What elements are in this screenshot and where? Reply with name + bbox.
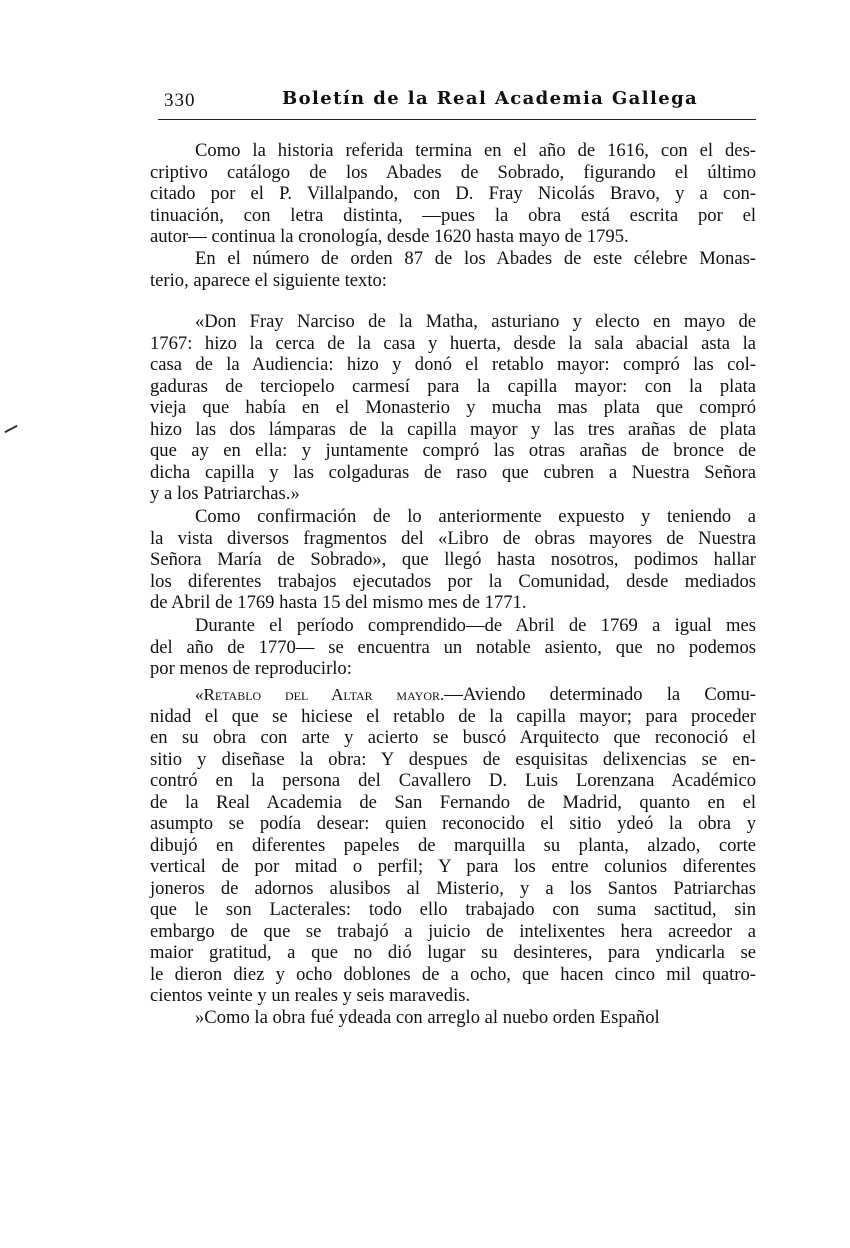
text-line: «Don Fray Narciso de la Matha, asturiano… <box>150 311 756 333</box>
text-line: cientos veinte y un reales y seis marave… <box>150 985 756 1007</box>
text-line: contró en la persona del Cavallero D. Lu… <box>150 770 756 792</box>
text-line: de Abril de 1769 hasta 15 del mismo mes … <box>150 592 756 614</box>
text-line: tinuación, con letra distinta, —pues la … <box>150 205 756 227</box>
text-line: los diferentes trabajos ejecutados por l… <box>150 571 756 593</box>
text-line: de la Real Academia de San Fernando de M… <box>150 792 756 814</box>
text-line: citado por el P. Villalpando, con D. Fra… <box>150 183 756 205</box>
text-line: dicha capilla y las colgaduras de raso q… <box>150 462 756 484</box>
text-line: gaduras de terciopelo carmesí para la ca… <box>150 376 756 398</box>
text-line: en su obra con arte y acierto se buscó A… <box>150 727 756 749</box>
text-line: la vista diversos fragmentos del «Libro … <box>150 528 756 550</box>
text-line: y a los Patriarchas.» <box>150 483 756 505</box>
text-line: terio, aparece el siguiente texto: <box>150 270 756 292</box>
running-title: Boletín de la Real Academia Gallega <box>282 88 698 109</box>
page-header: 330 Boletín de la Real Academia Gallega <box>160 88 755 118</box>
text-line: casa de la Audiencia: hizo y donó el ret… <box>150 354 756 376</box>
section-heading: «Retablo del Altar mayor. <box>195 685 444 704</box>
document-page: 330 Boletín de la Real Academia Gallega … <box>0 0 850 1248</box>
text-line: criptivo catálogo de los Abades de Sobra… <box>150 162 756 184</box>
text-line: hizo las dos lámparas de la capilla mayo… <box>150 419 756 441</box>
text-line: nidad el que se hiciese el retablo de la… <box>150 706 756 728</box>
text-line: por menos de reproducirlo: <box>150 658 756 680</box>
header-rule <box>158 119 756 120</box>
text-line: maior gratitud, a que no dió lugar su de… <box>150 942 756 964</box>
text-line: sitio y diseñase la obra: Y despues de e… <box>150 749 756 771</box>
text-line: del año de 1770— se encuentra un notable… <box>150 637 756 659</box>
text-line: Señora María de Sobrado», que llegó hast… <box>150 549 756 571</box>
text-line: que ay en ella: y juntamente compró las … <box>150 440 756 462</box>
text-line: «Retablo del Altar mayor.—Aviendo determ… <box>150 684 756 706</box>
text-line: En el número de orden 87 de los Abades d… <box>150 248 756 270</box>
text-line: le dieron diez y ocho doblones de a ocho… <box>150 964 756 986</box>
text-line: 1767: hizo la cerca de la casa y huerta,… <box>150 333 756 355</box>
text-line: embargo de que se trabajó a juicio de in… <box>150 921 756 943</box>
text-line: vieja que había en el Monasterio y mucha… <box>150 397 756 419</box>
text-line: vertical de por mitad o perfil; Y para l… <box>150 856 756 878</box>
text-line: que le son Lacterales: todo ello trabaja… <box>150 899 756 921</box>
margin-pen-mark <box>4 425 17 433</box>
text-line: »Como la obra fué ydeada con arreglo al … <box>150 1007 756 1029</box>
text-line: dibujó en diferentes papeles de marquill… <box>150 835 756 857</box>
text-line: autor— continua la cronología, desde 162… <box>150 226 756 248</box>
text-line: Durante el período comprendido—de Abril … <box>150 615 756 637</box>
page-number: 330 <box>164 90 196 112</box>
text-line: Como confirmación de lo anteriormente ex… <box>150 506 756 528</box>
text-line: asumpto se podía desear: quien reconocid… <box>150 813 756 835</box>
text-line: Como la historia referida termina en el … <box>150 140 756 162</box>
text-fragment: —Aviendo determinado la Comu- <box>444 684 756 705</box>
text-line: joneros de adornos alusibos al Misterio,… <box>150 878 756 900</box>
